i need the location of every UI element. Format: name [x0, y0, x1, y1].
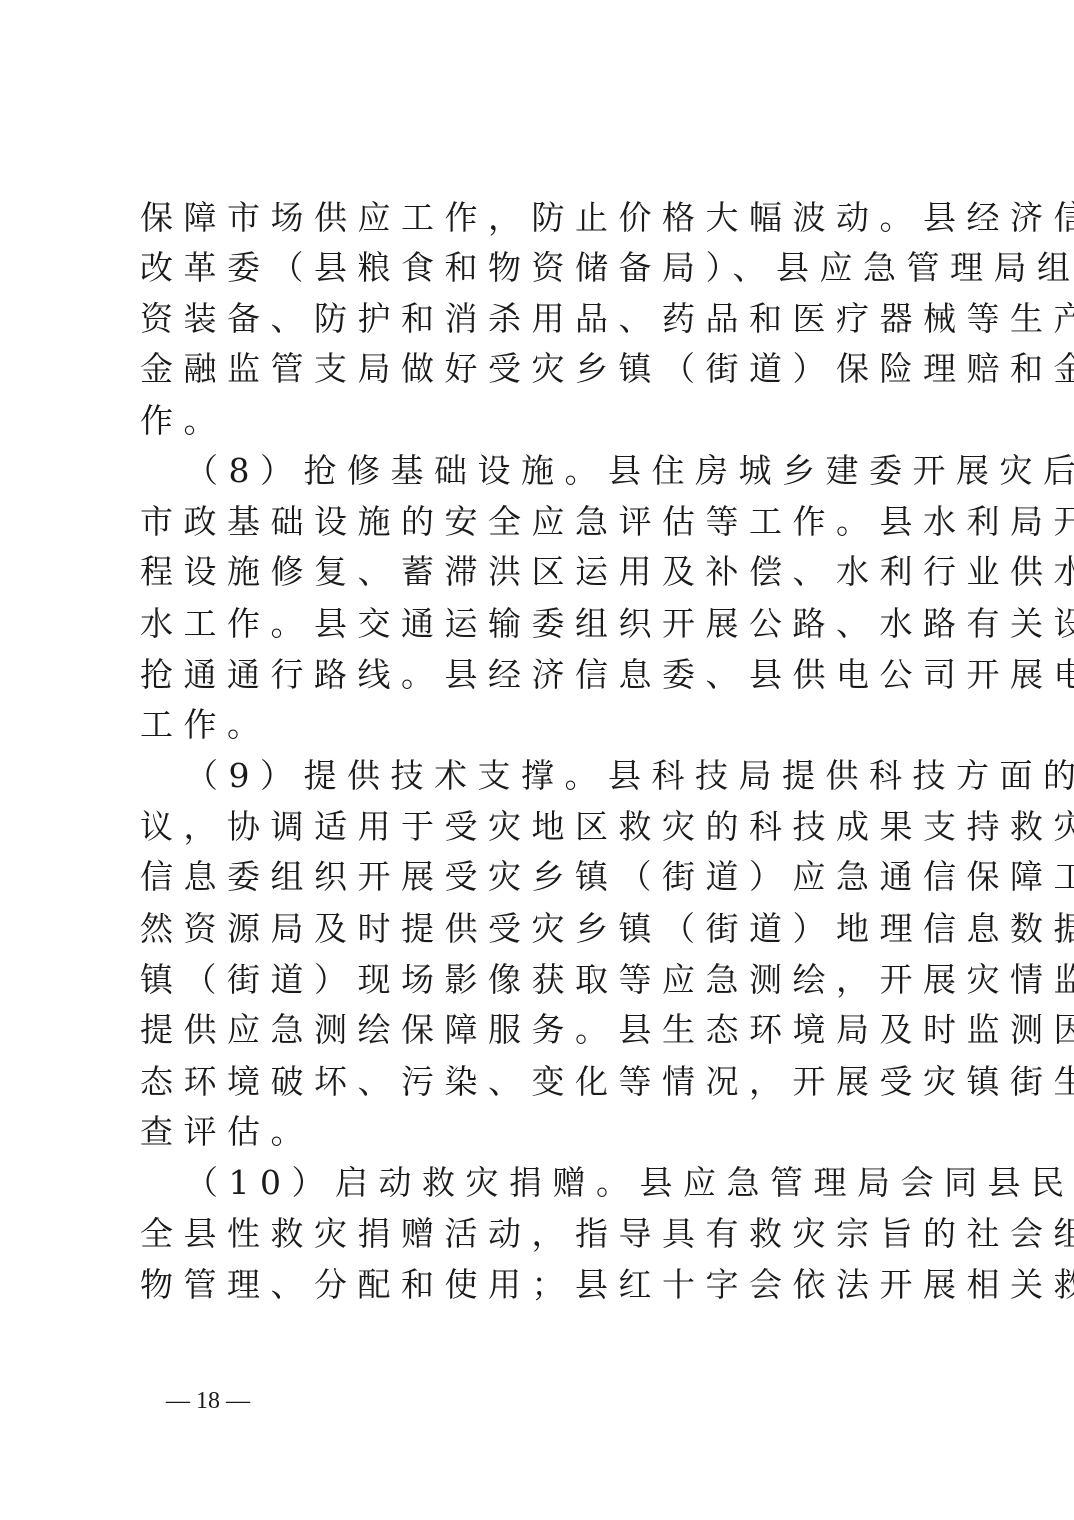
document-page: 保障市场供应工作，防止价格大幅波动。县经济信息委、县发展 改革委（县粮食和物资储… — [0, 0, 1074, 1520]
text-line: 态环境破坏、污染、变化等情况，开展受灾镇街生态环境状况调 — [140, 1057, 940, 1107]
text-line: 镇（街道）现场影像获取等应急测绘，开展灾情监测和空间分析， — [140, 955, 940, 1005]
text-line: 作。 — [140, 396, 940, 446]
text-line: 市政基础设施的安全应急评估等工作。县水利局开展水利水电工 — [140, 497, 940, 547]
text-line: 保障市场供应工作，防止价格大幅波动。县经济信息委、县发展 — [140, 193, 940, 243]
text-line: 议，协调适用于受灾地区救灾的科技成果支持救灾工作。县经济 — [140, 802, 940, 852]
section-heading-10: （10）启动救灾捐赠。县应急管理局会同县民政局组织开展 — [185, 1158, 940, 1208]
text-line: 工作。 — [140, 700, 940, 750]
text-line: 然资源局及时提供受灾乡镇（街道）地理信息数据，组织受灾乡 — [140, 904, 940, 954]
text-line: 金融监管支局做好受灾乡镇（街道）保险理赔和金融支持服务工 — [140, 344, 940, 394]
text-line: 物管理、分配和使用；县红十字会依法开展相关救灾工作，开展 — [140, 1260, 940, 1310]
text-line: 水工作。县交通运输委组织开展公路、水路有关设施修复，优先 — [140, 599, 940, 649]
text-line: 查评估。 — [140, 1107, 940, 1157]
text-line: 资装备、防护和消杀用品、药品和医疗器械等生产供应工作。县 — [140, 294, 940, 344]
section-heading-9: （9）提供技术支撑。县科技局提供科技方面的综合咨询建 — [185, 751, 940, 801]
text-line: 程设施修复、蓄滞洪区运用及补偿、水利行业供水和村镇应急供 — [140, 547, 940, 597]
text-line: 信息委组织开展受灾乡镇（街道）应急通信保障工作。县规划自 — [140, 852, 940, 902]
text-line: 提供应急测绘保障服务。县生态环境局及时监测因灾害导致的生 — [140, 1005, 940, 1055]
text-line: 抢通通行路线。县经济信息委、县供电公司开展电力应急保障等 — [140, 650, 940, 700]
page-number: — 18 — — [166, 1386, 250, 1416]
text-line: 改革委（县粮食和物资储备局）、县应急管理局组织协调救灾物 — [140, 243, 940, 293]
section-heading-8: （8）抢修基础设施。县住房城乡建委开展灾后房屋建筑和 — [185, 446, 940, 496]
text-line: 全县性救灾捐赠活动，指导具有救灾宗旨的社会组织加强捐赠款 — [140, 1209, 940, 1259]
